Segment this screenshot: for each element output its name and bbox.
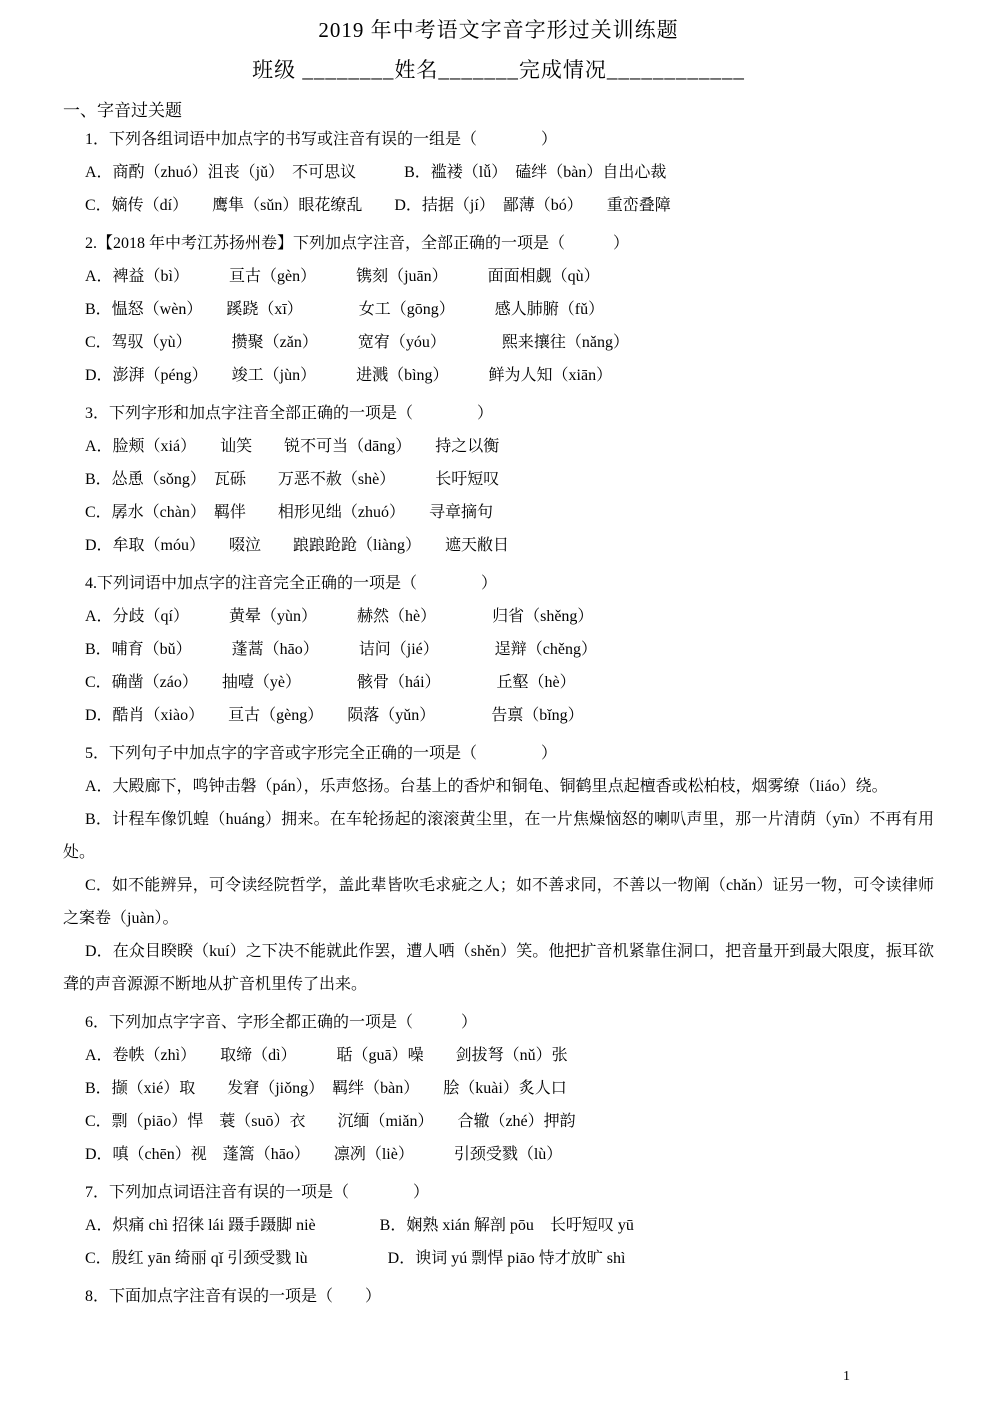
class-name-completion-fields: 班级 ________姓名_______完成情况____________ (63, 54, 934, 84)
section-heading: 一、字音过关题 (63, 96, 934, 121)
option-line: B．怂恿（sǒng） 瓦砾 万恶不赦（shè） 长吁短叹 (63, 463, 934, 496)
question-stem: 7．下列加点词语注音有误的一项是（ ） (63, 1176, 934, 1209)
question-stem: 6．下列加点字字音、字形全都正确的一项是（ ） (63, 1006, 934, 1039)
option-line: A．商酌（zhuó）沮丧（jǔ） 不可思议 B．褴褛（lǚ） 磕绊（bàn）自出… (63, 156, 934, 189)
option-paragraph: B．计程车像饥蝗（huáng）拥来。在车轮扬起的滚滚黄尘里，在一片焦燥恼怒的喇叭… (63, 803, 934, 869)
question-stem: 8．下面加点字注音有误的一项是（ ） (63, 1280, 934, 1313)
option-line: D．酷肖（xiào） 亘古（gèng） 陨落（yǔn） 告禀（bǐng） (63, 699, 934, 732)
option-paragraph: C．如不能辨异，可令读经院哲学，盖此辈皆吹毛求疵之人；如不善求同，不善以一物阐（… (63, 869, 934, 935)
question-stem: 2.【2018 年中考江苏扬州卷】下列加点字注音，全部正确的一项是（ ） (63, 227, 934, 260)
page-number: 1 (843, 1369, 850, 1385)
question-stem: 3．下列字形和加点字注音全部正确的一项是（ ） (63, 397, 934, 430)
option-line: C．孱水（chàn） 羁伴 相形见绌（zhuó） 寻章摘句 (63, 496, 934, 529)
option-line: A．脸颊（xiá） 讪笑 锐不可当（dāng） 持之以衡 (63, 430, 934, 463)
document-title: 2019 年中考语文字音字形过关训练题 (63, 14, 934, 44)
option-line: C．剽（piāo）悍 蓑（suō）衣 沉缅（miǎn） 合辙（zhé）押韵 (63, 1105, 934, 1138)
option-line: B．撷（xié）取 发窘（jiǒng） 羁绊（bàn） 脍（kuài）炙人口 (63, 1072, 934, 1105)
option-line: D．澎湃（péng） 竣工（jùn） 进溅（bìng） 鲜为人知（xiān） (63, 359, 934, 392)
option-line: A．分歧（qí） 黄晕（yùn） 赫然（hè） 归省（shěng） (63, 600, 934, 633)
option-line: B．哺育（bǔ） 蓬蒿（hāo） 诘问（jié） 逞辩（chěng） (63, 633, 934, 666)
option-line: C．驾驭（yù） 攒聚（zǎn） 宽宥（yóu） 熙来攘往（nǎng） (63, 326, 934, 359)
question-body: 1．下列各组词语中加点字的书写或注音有误的一组是（ ）A．商酌（zhuó）沮丧（… (63, 123, 934, 1313)
option-line: B．愠怒（wèn） 蹊跷（xī） 女工（gōng） 感人肺腑（fǔ） (63, 293, 934, 326)
document-page: 2019 年中考语文字音字形过关训练题 班级 ________姓名_______… (0, 0, 992, 1313)
option-line: A．炽痛 chì 招徕 lái 蹑手蹑脚 niè B．娴熟 xián 解剖 pō… (63, 1209, 934, 1242)
option-paragraph: A．大殿廊下，鸣钟击磐（pán），乐声悠扬。台基上的香炉和铜龟、铜鹤里点起檀香或… (63, 770, 934, 803)
question-stem: 5．下列句子中加点字的字音或字形完全正确的一项是（ ） (63, 737, 934, 770)
option-paragraph: D．在众目睽睽（kuí）之下决不能就此作罢，遭人哂（shěn）笑。他把扩音机紧靠… (63, 935, 934, 1001)
option-line: C．确凿（záo） 抽噎（yè） 骸骨（hái） 丘壑（hè） (63, 666, 934, 699)
option-line: C．嫡传（dí） 鹰隼（sǔn）眼花缭乱 D．拮据（jí） 鄙薄（bó） 重峦叠… (63, 189, 934, 222)
question-stem: 1．下列各组词语中加点字的书写或注音有误的一组是（ ） (63, 123, 934, 156)
option-line: A．卷帙（zhì） 取缔（dì） 聒（guā）噪 剑拔弩（nǔ）张 (63, 1039, 934, 1072)
option-line: C．殷红 yān 绮丽 qǐ 引颈受戮 lù D．谀词 yú 剽悍 piāo 恃… (63, 1242, 934, 1275)
option-line: D．嗔（chēn）视 蓬篙（hāo） 凛冽（liè） 引颈受戮（lù） (63, 1138, 934, 1171)
question-stem: 4.下列词语中加点字的注音完全正确的一项是（ ） (63, 567, 934, 600)
option-line: A．裨益（bì） 亘古（gèn） 镌刻（juān） 面面相觑（qù） (63, 260, 934, 293)
option-line: D．牟取（móu） 啜泣 踉踉跄跄（liàng） 遮天敝日 (63, 529, 934, 562)
